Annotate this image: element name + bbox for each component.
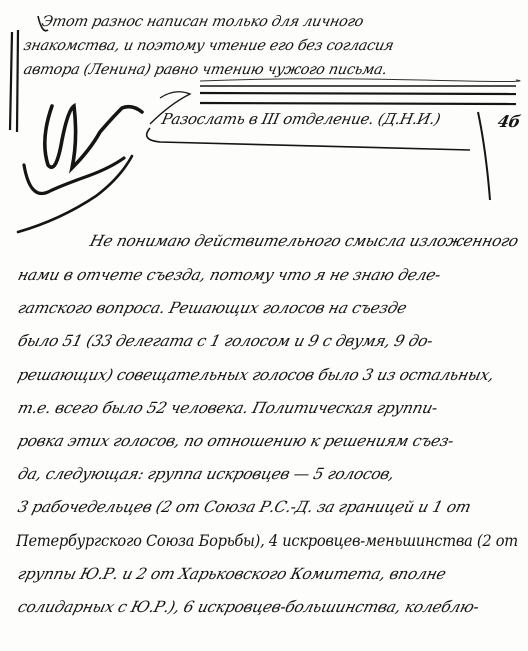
ink-strokes [0,0,528,651]
body-line-4: было 51 (33 делегата с 1 голосом и 9 с д… [16,332,435,350]
margin-note-line-1: Этот разнос написан только для личного [40,14,365,30]
body-line-9: 3 рабочедельцев (2 от Союза Р.С.-Д. за г… [16,498,473,516]
body-line-11: группы Ю.Р. и 2 от Харьковского Комитета… [16,565,448,583]
body-line-7: ровка этих голосов, по отношению к решен… [16,432,455,450]
routing-mark: 4б [496,112,522,131]
body-line-10: Петербургского Союза Борьбы), 4 искровце… [16,532,518,550]
margin-note-line-3: автора (Ленина) равно чтению чужого пись… [22,62,388,78]
manuscript-page: Этот разнос написан только для личного з… [0,0,528,651]
body-line-3: гатского вопроса. Решающих голосов на съ… [16,299,408,317]
body-line-6: т.е. всего было 52 человека. Политическа… [16,399,439,417]
body-line-1: Не понимаю действительного смысла изложе… [88,232,520,250]
body-line-5: решающих) совещательных голосов было 3 и… [16,366,496,384]
body-line-12: солидарных с Ю.Р.), 6 искровцев-большинс… [16,598,481,616]
body-line-2: нами в отчете съезда, потому что я не зн… [16,266,442,284]
body-line-8: да, следующая: группа искровцев — 5 голо… [16,465,396,483]
margin-note-line-2: знакомства, и поэтому чтение его без сог… [22,38,395,54]
routing-line: Разослать в III отделение. (Д.Н.И.) [160,110,442,128]
